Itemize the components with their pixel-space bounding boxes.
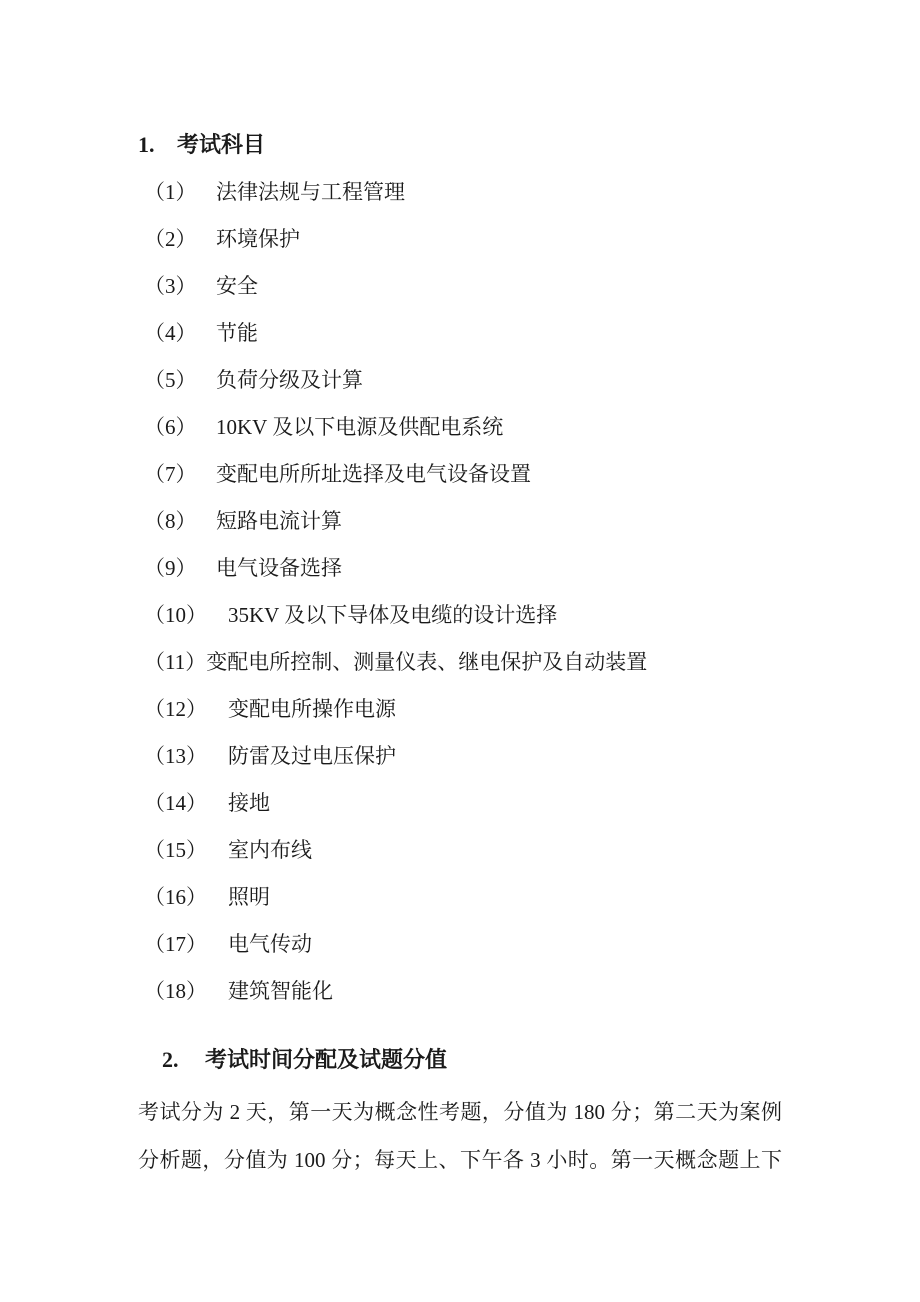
list-item-label: 35KV 及以下导体及电缆的设计选择 <box>228 603 557 627</box>
paragraph-line: 分析题，分值为 100 分；每天上、下午各 3 小时。第一天概念题上下 <box>138 1145 782 1175</box>
list-item: （13）防雷及过电压保护 <box>138 741 782 771</box>
document-page: 1.考试科目 （1）法律法规与工程管理 （2）环境保护 （3）安全 （4）节能 … <box>0 0 920 1302</box>
section1-title: 考试科目 <box>177 132 265 157</box>
list-item-label: 节能 <box>216 321 258 345</box>
list-item: （18）建筑智能化 <box>138 976 782 1006</box>
list-item: （14）接地 <box>138 788 782 818</box>
list-item-label: 照明 <box>228 885 270 909</box>
list-item-marker: （16） <box>144 882 228 912</box>
list-item-label: 安全 <box>216 274 258 298</box>
list-item-marker: （5） <box>144 365 216 395</box>
list-item: （7）变配电所所址选择及电气设备设置 <box>138 459 782 489</box>
list-item-label: 接地 <box>228 791 270 815</box>
list-item: （17）电气传动 <box>138 929 782 959</box>
list-item: （9）电气设备选择 <box>138 553 782 583</box>
section2-number: 2. <box>162 1045 205 1075</box>
list-item-label: 室内布线 <box>228 838 312 862</box>
list-item-marker: （2） <box>144 224 216 254</box>
list-item: （3）安全 <box>138 271 782 301</box>
list-item-label: 环境保护 <box>216 227 300 251</box>
list-item: （10）35KV 及以下导体及电缆的设计选择 <box>138 600 782 630</box>
list-item-marker: （14） <box>144 788 228 818</box>
paragraph-line: 考试分为 2 天，第一天为概念性考题，分值为 180 分；第二天为案例 <box>138 1097 782 1127</box>
list-item: （16）照明 <box>138 882 782 912</box>
list-item: （4）节能 <box>138 318 782 348</box>
list-item-label: 建筑智能化 <box>228 979 333 1003</box>
list-item-marker: （17） <box>144 929 228 959</box>
list-item-label: 变配电所控制、测量仪表、继电保护及自动装置 <box>206 650 647 674</box>
list-item: （12）变配电所操作电源 <box>138 694 782 724</box>
list-item-marker: （10） <box>144 600 228 630</box>
list-item-label: 短路电流计算 <box>216 509 342 533</box>
section1-heading: 1.考试科目 <box>138 130 782 160</box>
list-item: （2）环境保护 <box>138 224 782 254</box>
list-item-label: 变配电所所址选择及电气设备设置 <box>216 462 531 486</box>
list-item-marker: （8） <box>144 506 216 536</box>
section2-title: 考试时间分配及试题分值 <box>205 1047 447 1072</box>
list-item-marker: （6） <box>144 412 216 442</box>
section2-heading: 2.考试时间分配及试题分值 <box>162 1045 782 1075</box>
list-item-label: 电气设备选择 <box>216 556 342 580</box>
list-item-label: 负荷分级及计算 <box>216 368 363 392</box>
list-item: （1）法律法规与工程管理 <box>138 177 782 207</box>
list-item-label: 电气传动 <box>228 932 312 956</box>
list-item-marker: （18） <box>144 976 228 1006</box>
list-item: （8）短路电流计算 <box>138 506 782 536</box>
list-item-label: 防雷及过电压保护 <box>228 744 396 768</box>
section1-number: 1. <box>138 130 177 160</box>
list-item: （15）室内布线 <box>138 835 782 865</box>
list-item-marker: （9） <box>144 553 216 583</box>
list-item: （6）10KV 及以下电源及供配电系统 <box>138 412 782 442</box>
list-item-marker: （7） <box>144 459 216 489</box>
list-item: （11）变配电所控制、测量仪表、继电保护及自动装置 <box>138 647 782 677</box>
list-item-label: 变配电所操作电源 <box>228 697 396 721</box>
list-item-marker: （11） <box>144 647 206 677</box>
list-item-label: 10KV 及以下电源及供配电系统 <box>216 415 503 439</box>
list-item-marker: （13） <box>144 741 228 771</box>
list-item-marker: （3） <box>144 271 216 301</box>
list-item-marker: （4） <box>144 318 216 348</box>
list-item: （5）负荷分级及计算 <box>138 365 782 395</box>
list-item-label: 法律法规与工程管理 <box>216 180 405 204</box>
list-item-marker: （12） <box>144 694 228 724</box>
list-item-marker: （15） <box>144 835 228 865</box>
list-item-marker: （1） <box>144 177 216 207</box>
